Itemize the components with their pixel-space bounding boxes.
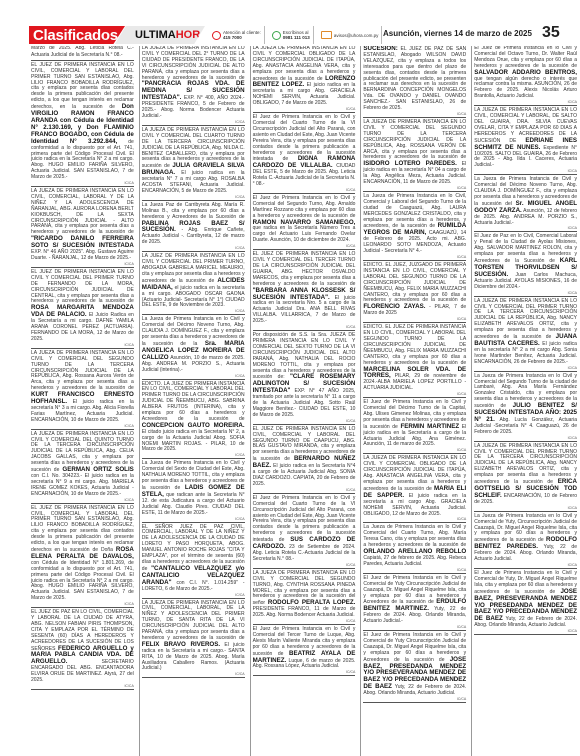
notice-text: EL JUEZ DE PRIMERA INSTANCIA EN LO CIVIL… bbox=[253, 251, 356, 287]
legal-notice: LA JUEZA DE PRIMERA INSTANCIA EN LO CIVI… bbox=[31, 351, 134, 430]
notice-code: IC/CA bbox=[363, 448, 466, 452]
legal-notice: El Juez de Primera Instancia en lo Civil… bbox=[363, 576, 466, 631]
notice-code: IC/CA bbox=[253, 563, 356, 567]
legal-notice: SUCESIÓN: EL JUEZ DE PAZ DE SAN ESTANISL… bbox=[363, 46, 466, 118]
notice-text: EDICTO. EL JUEZ DE PRIMERA INSTANCIA EN … bbox=[363, 324, 466, 365]
notice-code: IC/CA bbox=[142, 195, 245, 199]
notice-code: IC/CA bbox=[474, 506, 577, 510]
legal-notice: EL JUEZ DE PRIMERA INSTANCIA EN LO CIVIL… bbox=[31, 270, 134, 349]
notice-code: IC/CA bbox=[474, 100, 577, 104]
notice-text-end: EXP. N° 46 AÑO 2025". Abg. Gustavo Aguir… bbox=[31, 249, 134, 261]
notice-code: IC/CA bbox=[363, 625, 466, 629]
legal-notice: El Juez de Primera Instancia en lo Civil… bbox=[253, 115, 356, 194]
notice-text: EL JUEZ DE PRIMERA INSTANCIA EN LO CIVIL… bbox=[31, 269, 134, 305]
notice-code: IC/CA bbox=[142, 672, 245, 676]
notice-code: IC/CA bbox=[253, 325, 356, 329]
legal-notice: LA JUEZA DE PRIMERA INSTANCIA EN LO CIVI… bbox=[31, 432, 134, 504]
notice-code: IC/CA bbox=[474, 366, 577, 370]
notice-code: IC/CA bbox=[363, 568, 466, 572]
legal-notice: EL SEÑOR JUEZ DE PAZ CIVIL, COMERCIAL, L… bbox=[142, 525, 245, 599]
contact-email-value: avisos@uhora.com.py bbox=[334, 33, 379, 38]
newspaper-logo: ULTIMAHORA bbox=[115, 26, 205, 44]
notice-code: IC/CA bbox=[31, 424, 134, 428]
legal-notice: LA JUEZ DE PRIMERA INSTANCIA EN LO CIVIL… bbox=[142, 254, 245, 315]
notice-code: IC/CA bbox=[253, 619, 356, 623]
legal-notice: La Jueza Paz de Carribyreta Abg. María R… bbox=[142, 203, 245, 252]
notice-text-end: El citado juicio radica en la Secretaría… bbox=[142, 429, 245, 453]
legal-notice: LA JUEZA DE PRIMERA INSTANCIA EN LO CIVI… bbox=[474, 444, 577, 512]
contact-email: avisos@uhora.com.py bbox=[318, 26, 383, 44]
legal-notice: El Juez de Primera Instancia en lo Civil… bbox=[363, 633, 466, 703]
legal-notice: LA JUEZA DE PRIMERA INSTANCIA EN LO CIVI… bbox=[142, 46, 245, 126]
legal-notice: Marzo de 2025. Abg. Leticia Rotela C.- A… bbox=[31, 46, 134, 61]
notice-text-end: de conformidad a lo dispuesto por el Art… bbox=[31, 139, 134, 180]
column-5: El Juez de Primera Instancia en lo Civil… bbox=[471, 46, 579, 756]
notice-text-end: con C.I. No. 304223.- El juicio radica e… bbox=[31, 473, 134, 497]
legal-notice: La Jueza de Primera Instancia de Civil y… bbox=[474, 177, 577, 232]
notice-text: LA JUEZA DE PRIMERA INSTANCIA EN LO CIVI… bbox=[31, 350, 134, 391]
legal-notice: La Jueza de Primera Instancia en lo Civi… bbox=[474, 374, 577, 442]
notice-code: IC/CA bbox=[474, 226, 577, 230]
legal-notice: EL JUEZ DE PRIMERA INSTANCIA EN LO CIVIL… bbox=[31, 506, 134, 609]
logo-hora: HORA bbox=[176, 29, 208, 41]
notice-code: IC/CA bbox=[31, 262, 134, 266]
notice-code: IC/CA bbox=[363, 186, 466, 190]
phone-icon bbox=[212, 31, 221, 40]
notice-code: IC/CA bbox=[253, 107, 356, 111]
notice-code: IC/CA bbox=[363, 317, 466, 321]
notice-text-end: que tengan algún derecho o interés que r… bbox=[474, 76, 577, 100]
section-title: Clasificados bbox=[33, 27, 118, 44]
notice-code: IC/CA bbox=[474, 436, 577, 440]
notice-code: IC/CA bbox=[253, 488, 356, 492]
legal-notice: El Juez de Primera Instancia en lo Civil… bbox=[474, 46, 577, 106]
column-4: SUCESIÓN: EL JUEZ DE PAZ DE SAN ESTANISL… bbox=[360, 46, 468, 756]
legal-notice: El Juez de Primera Instancia en lo Civil… bbox=[363, 400, 466, 454]
notice-code: IC/CA bbox=[363, 392, 466, 396]
legal-notice: La Jueza de Primera Instancia en lo Civi… bbox=[142, 317, 245, 379]
legal-notice: Por disposición de S.S. la Sra. JUEZA DE… bbox=[253, 333, 356, 425]
legal-notice: LA JUEZA DE PRIMERA INSTANCIA EN LO CIVI… bbox=[363, 120, 466, 192]
legal-notice: La Jueza de Primera Instancia en lo Civi… bbox=[363, 194, 466, 261]
column-2: LA JUEZA DE PRIMERA INSTANCIA EN LO CIVI… bbox=[139, 46, 247, 756]
notice-text: EDICTO. EL JUEZ, JUZGADO DE PRIMERA INST… bbox=[363, 262, 466, 303]
notice-code: IC/CA bbox=[142, 453, 245, 457]
notice-text-end: con Cédula de Identidad N° 1.801.269, de… bbox=[31, 560, 134, 601]
legal-notice: El Juez de Paz en lo Civil, Comercial La… bbox=[474, 234, 577, 296]
legal-notice: LA JUEZA DE PRIMERA INSTANCIA EN LO CIVI… bbox=[142, 601, 245, 679]
notice-text: LA JUEZA DE PRIMERA INSTANCIA EN LO CIVI… bbox=[31, 188, 134, 235]
notice-text: La Jueza de Primera Instancia en lo Civi… bbox=[363, 524, 466, 548]
notice-text: La Jueza Paz de Carribyreta Abg. María R… bbox=[142, 202, 245, 220]
notice-deceased-name: Don VIRGILIO RAMON FRANCO ARANDA con Céd… bbox=[31, 103, 134, 145]
notice-code: IC/CA bbox=[142, 246, 245, 250]
notice-code: IC/CA bbox=[142, 593, 245, 597]
legal-notice: LA JUEZA DE PRIMERA INSTANCIA EN LO CIVI… bbox=[253, 571, 356, 625]
legal-notice: LA JUEZA DE PRIMERA INSTANCIA EN LO CIVI… bbox=[363, 456, 466, 523]
legal-notice: El Juez de Primera Instancia en lo Civil… bbox=[474, 571, 577, 635]
notice-text: El Juez de Primera Instancia en lo Civil… bbox=[253, 195, 356, 219]
legal-notice: LA JUEZA DE PRIMERA INSTANCIA EN LO CIVI… bbox=[31, 189, 134, 268]
notice-text: El Juez de Primera Instancia en lo Civil… bbox=[474, 46, 577, 69]
column-3: LA JUEZA DE PRIMERA INSTANCIA EN LO CIVI… bbox=[250, 46, 358, 756]
legal-notice: EDICTO. EL JUEZ DE PRIMERA INSTANCIA EN … bbox=[363, 325, 466, 398]
notice-code: IC/CA bbox=[474, 291, 577, 295]
notice-code: IC/CA bbox=[31, 602, 134, 606]
notice-text-end: que radica en la Secretaría Número Tres … bbox=[253, 225, 356, 243]
notice-code: IC/CA bbox=[142, 309, 245, 313]
legal-notice: EL JUEZ DE PRIMERA INSTANCIA EN LO CIVIL… bbox=[253, 252, 356, 331]
notice-code: IC/CA bbox=[253, 188, 356, 192]
notice-code: IC/CA bbox=[363, 697, 466, 701]
notice-code: IC/CA bbox=[253, 244, 356, 248]
notice-code: IC/CA bbox=[474, 169, 577, 173]
notice-code: IC/CA bbox=[363, 112, 466, 116]
legal-notice: EL JUEZ DE PAZ EN LO CIVIL, COMERCIAL Y … bbox=[31, 610, 134, 690]
legal-notice: El Juez de Primera Instancia en lo Civil… bbox=[253, 627, 356, 676]
section-banner: Clasificados bbox=[29, 26, 125, 44]
legal-notice: EDICTO. LA JUEZ DE PRIMERA INSTANCIA EN … bbox=[142, 382, 245, 460]
notice-code: IC/CA bbox=[142, 374, 245, 378]
notice-text: EL JUEZ DE PRIMERA INSTANCIA EN LO CIVIL… bbox=[31, 62, 134, 110]
notice-text: Marzo de 2025. Abg. Leticia Rotela C.- A… bbox=[31, 46, 134, 58]
notice-text-end: PRESIDENTE FRANCO, 11 de Marzo de 2025. … bbox=[253, 606, 356, 618]
legal-notice: El Juez de Primera Instancia en lo Civil… bbox=[253, 496, 356, 569]
column-1: Marzo de 2025. Abg. Leticia Rotela C.- A… bbox=[29, 46, 136, 756]
whatsapp-icon bbox=[272, 31, 281, 40]
legal-notice: LA JUEZA DE PRIMERA INSTANCIA EN LO CIVI… bbox=[142, 128, 245, 201]
notice-code: IC/CA bbox=[363, 255, 466, 259]
notice-code: IC/CA bbox=[253, 419, 356, 423]
legal-notice: EL JUEZ DE PRIMERA INSTANCIA EN LO CIVIL… bbox=[31, 63, 134, 187]
notice-text: LA JUEZA DE PRIMERA INSTANCIA EN LO CIVI… bbox=[363, 119, 466, 160]
notice-code: IC/CA bbox=[363, 517, 466, 521]
notice-text-end: Capiatá, 27 de febrero de 2025. Abg. Reb… bbox=[363, 555, 466, 567]
notice-text-end: EL JUEZ DE PAZ DE SAN ESTANISLAO, Abogad… bbox=[363, 46, 466, 111]
notice-text: LA JUEZA DE PRIMERA INSTANCIA EN LO CIVI… bbox=[142, 600, 245, 641]
notice-code: IC/CA bbox=[474, 629, 577, 633]
contact-whatsapp: Escríbinos al0981 111 013 bbox=[269, 26, 314, 44]
classifieds-columns: Marzo de 2025. Abg. Leticia Rotela C.- A… bbox=[29, 46, 579, 756]
contact-whatsapp-value: 0981 111 013 bbox=[283, 35, 310, 40]
page-number: 35 bbox=[542, 24, 560, 42]
notice-code: IC/CA bbox=[31, 343, 134, 347]
legal-notice: La Jueza de Primera Instancia en lo Civi… bbox=[142, 461, 245, 522]
notice-text: LA JUEZA DE PRIMERA INSTANCIA EN LO CIVI… bbox=[142, 46, 245, 81]
notice-code: IC/CA bbox=[253, 670, 356, 674]
contact-phone-value: 415 7000 bbox=[223, 35, 242, 40]
notice-code: IC/CA bbox=[474, 563, 577, 567]
logo-ultima: ULTIMA bbox=[135, 29, 176, 41]
legal-notice: El Juez de Primera Instancia en lo Civil… bbox=[253, 196, 356, 250]
notice-deceased-name: "RICARDO DANILO FERREIRA SOTO S/ SUCESIÓ… bbox=[31, 235, 134, 249]
legal-notice: EL JUEZ DE PRIMERA INSTANCIA EN LO CIVIL… bbox=[253, 427, 356, 494]
legal-notice: La Jueza de Primera Instancia en lo Civi… bbox=[474, 514, 577, 569]
legal-notice: EDICTO. EL JUEZ, JUZGADO DE PRIMERA INST… bbox=[363, 263, 466, 323]
notice-text: EDICTO. LA JUEZ DE PRIMERA INSTANCIA EN … bbox=[142, 381, 245, 422]
notice-code: IC/CA bbox=[31, 181, 134, 185]
legal-notice: LA JUEZA DE PRIMERA INSTANCIA EN LO CIVI… bbox=[253, 46, 356, 113]
mail-icon bbox=[321, 31, 332, 39]
notice-code: IC/CA bbox=[31, 684, 134, 688]
legal-notice: LA JUEZA DE PRIMERA INSTANCIA EN LO CIVI… bbox=[474, 108, 577, 175]
notice-code: IC/CA bbox=[142, 517, 245, 521]
legal-notice: LA JUEZA DE PRIMERA INSTANCIA EN LO CIVI… bbox=[474, 299, 577, 372]
contact-phone: Atención al cliente:415 7000 bbox=[209, 26, 265, 44]
legal-notice: La Jueza de Primera Instancia en lo Civi… bbox=[363, 525, 466, 573]
notice-code: IC/CA bbox=[31, 498, 134, 502]
dateline: Asunción, viernes 14 de marzo de 2025 bbox=[383, 29, 532, 38]
notice-code: IC/CA bbox=[142, 120, 245, 124]
